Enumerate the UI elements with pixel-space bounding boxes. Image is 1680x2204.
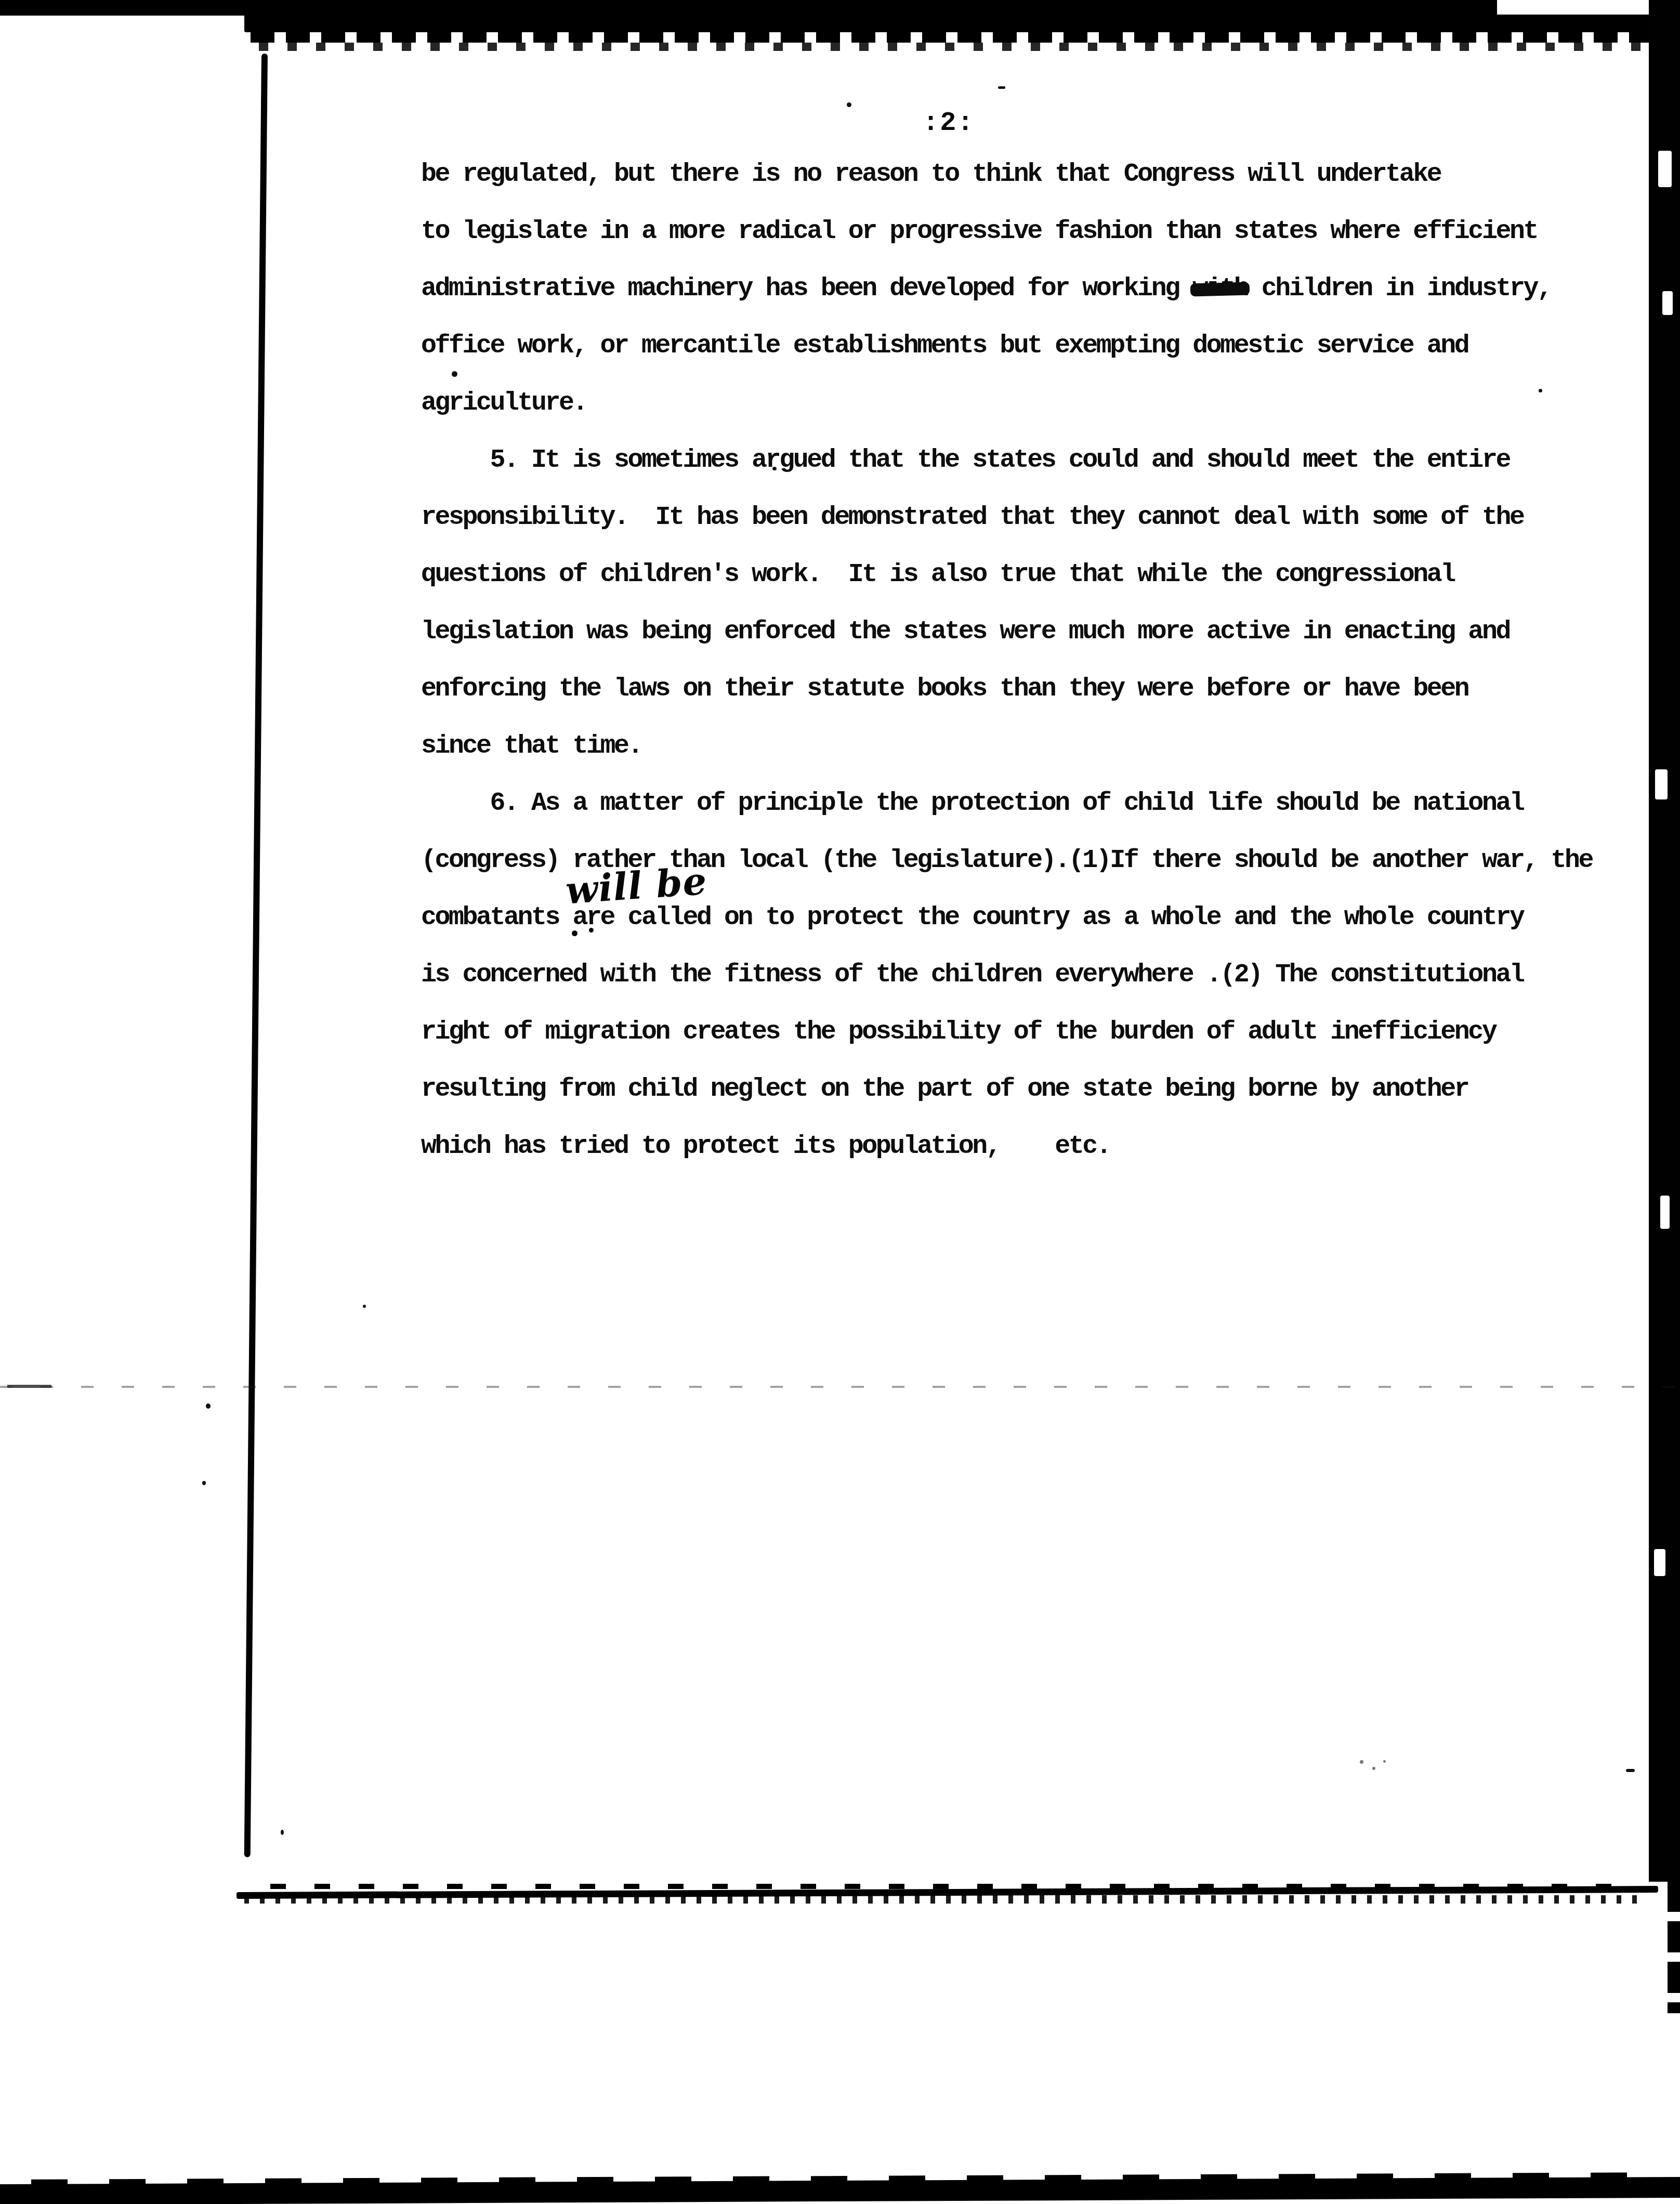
fold-line: [7, 1385, 51, 1388]
scanned-document-page: :2: be regulated, but there is no reason…: [0, 0, 1680, 2204]
typed-text: children in industry,: [1248, 274, 1551, 304]
typed-text: questions of children's work. It is also…: [421, 560, 1454, 589]
page-left-edge: [244, 54, 268, 1857]
typed-text: be regulated, but there is no reason to …: [421, 160, 1440, 189]
ink-speck: [1539, 389, 1542, 392]
page-right-edge: [1668, 1881, 1680, 2013]
typed-text: resulting from child neglect on the part…: [421, 1074, 1468, 1104]
typed-line: agriculture.: [421, 375, 1632, 432]
typed-line: 5. It is sometimes argued that the state…: [421, 432, 1632, 489]
typed-line: legislation was being enforced the state…: [421, 604, 1632, 661]
typed-text: which has tried to protect its populatio…: [421, 1132, 1110, 1161]
scan-top-edge-grunge: [259, 43, 1651, 51]
ink-speck: [1383, 1760, 1386, 1763]
typed-line: questions of children's work. It is also…: [421, 546, 1632, 604]
typed-line: is concerned with the fitness of the chi…: [421, 947, 1632, 1004]
scan-top-edge-grunge: [251, 32, 1654, 43]
ink-speck: [281, 1830, 284, 1835]
ink-speck: [206, 1403, 211, 1409]
ink-speck: [847, 102, 851, 107]
typed-line: right of migration creates the possibili…: [421, 1004, 1632, 1061]
typed-line: resulting from child neglect on the part…: [421, 1061, 1632, 1118]
struck-word: with: [1192, 274, 1248, 304]
typed-text: administrative machinery has been develo…: [421, 274, 1192, 304]
typed-lines: be regulated, but there is no reason to …: [421, 146, 1632, 1175]
typed-line: office work, or mercantile establishment…: [421, 318, 1632, 375]
typed-line: administrative machinery has been develo…: [421, 260, 1632, 318]
typed-text: enforcing the laws on their statute book…: [421, 674, 1468, 704]
typed-text: since that time.: [421, 731, 641, 761]
typed-line: 6. As a matter of principle the protecti…: [421, 775, 1632, 832]
ink-speck: [998, 86, 1005, 89]
typed-text: agriculture.: [421, 388, 586, 418]
caret-dot: [589, 928, 594, 933]
ink-speck: [1372, 1767, 1375, 1770]
typed-text: responsibility. It has been demonstrated…: [421, 503, 1523, 532]
ink-speck: [1626, 1769, 1635, 1772]
scan-top-edge-grunge: [244, 15, 1656, 32]
scan-top-bar: [0, 0, 1497, 16]
typed-text: 6. As a matter of principle the protecti…: [421, 789, 1523, 818]
page-right-edge: [1649, 0, 1680, 1882]
typed-text: right of migration creates the possibili…: [421, 1017, 1495, 1047]
typed-line: responsibility. It has been demonstrated…: [421, 489, 1632, 546]
page-bottom-edge: [244, 1895, 1648, 1904]
ink-speck: [1360, 1760, 1363, 1764]
fold-line: [0, 1386, 1680, 1388]
typed-line: enforcing the laws on their statute book…: [421, 661, 1632, 718]
ink-speck: [452, 371, 457, 377]
typed-line: since that time.: [421, 718, 1632, 775]
typed-line: to legislate in a more radical or progre…: [421, 203, 1632, 260]
typed-text: is concerned with the fitness of the chi…: [421, 960, 1523, 990]
typed-line: which has tried to protect its populatio…: [421, 1118, 1632, 1175]
typed-text: 5. It is sometimes argued that the state…: [421, 445, 1510, 475]
typed-text: legislation was being enforced the state…: [421, 617, 1510, 647]
typed-text: office work, or mercantile establishment…: [421, 331, 1468, 361]
ink-speck: [202, 1481, 206, 1485]
typed-line: be regulated, but there is no reason to …: [421, 146, 1632, 203]
handwritten-insertion: will be: [565, 862, 708, 910]
ink-speck: [772, 467, 777, 470]
typed-text: to legislate in a more radical or progre…: [421, 217, 1537, 246]
caret-dot: [572, 930, 577, 936]
ink-speck: [363, 1305, 366, 1308]
page-number: :2:: [923, 110, 975, 137]
